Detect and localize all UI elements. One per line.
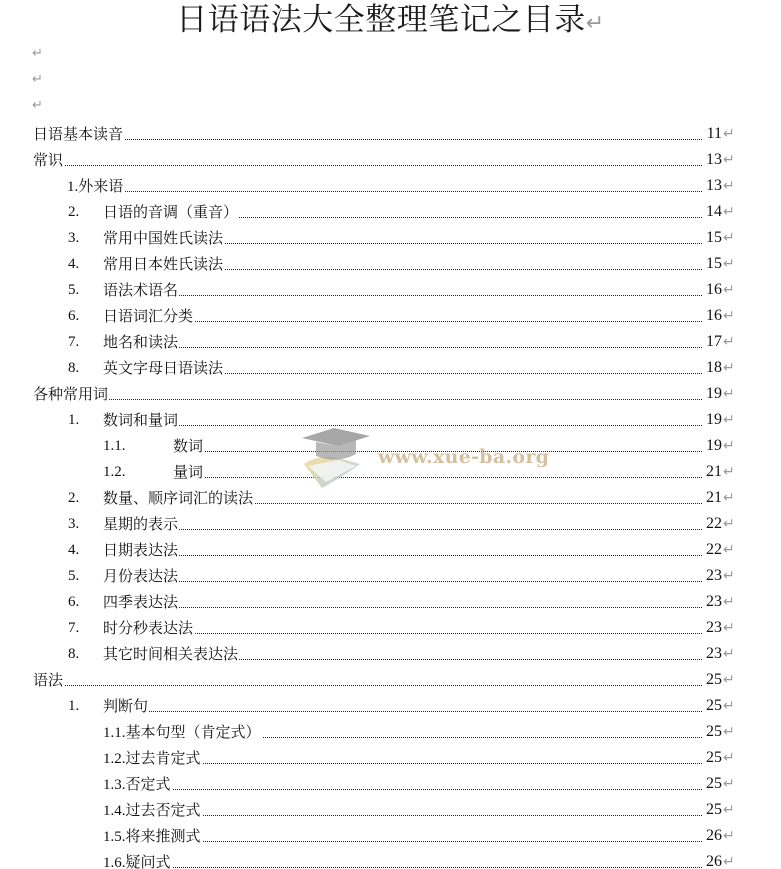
dot-leader	[103, 771, 720, 797]
paragraph-mark-icon: ↵	[723, 823, 735, 849]
toc-entry-text: 各种常用词	[33, 381, 109, 407]
toc-entry-title: 日语的音调（重音）	[103, 203, 238, 221]
page-number: 18	[706, 359, 722, 376]
dot-leader	[103, 563, 720, 589]
dot-leader	[103, 615, 720, 641]
toc-entry-number: 1.5.	[103, 829, 126, 845]
toc-entry-number: 1.6.	[103, 855, 126, 869]
toc-entry-page: 11	[703, 121, 722, 147]
toc-entry-page: 25	[702, 667, 722, 693]
dot-leader	[67, 173, 720, 199]
toc-entry-number: 5.	[68, 563, 79, 589]
toc-entry-page: 22	[702, 511, 722, 537]
paragraph-mark-icon: ↵	[723, 849, 735, 869]
toc-entry[interactable]: 1.判断句25↵	[0, 693, 781, 719]
page-number: 16	[706, 307, 722, 324]
toc-entry[interactable]: 常识13↵	[0, 147, 781, 173]
toc-entry-title: 日语基本读音	[33, 125, 123, 143]
toc-entry-title: 语法	[33, 671, 63, 689]
toc-entry-text: 1.6.疑问式	[103, 849, 172, 869]
toc-entry[interactable]: 语法25↵	[0, 667, 781, 693]
toc-entry-page: 21	[702, 485, 722, 511]
toc-entry-text: 语法	[33, 667, 64, 693]
paragraph-mark-icon: ↵	[723, 407, 735, 433]
paragraph-mark-icon: ↵	[723, 797, 735, 823]
toc-entry-page: 15	[702, 225, 722, 251]
toc-entry-title: 将来推测式	[126, 827, 201, 845]
toc-entry-title: 时分秒表达法	[103, 619, 193, 637]
toc-entry-title: 量词	[173, 463, 203, 481]
toc-entry-page: 25	[702, 693, 722, 719]
page-number: 16	[706, 281, 722, 298]
page-number: 23	[706, 619, 722, 636]
toc-entry-page: 25	[702, 797, 722, 823]
toc-entry-title: 语法术语名	[103, 281, 178, 299]
page-number: 23	[706, 567, 722, 584]
paragraph-mark-icon: ↵	[32, 98, 43, 113]
toc-entry-text: 四季表达法	[103, 589, 179, 615]
paragraph-mark-icon: ↵	[723, 381, 735, 407]
toc-entry[interactable]: 1.2.量词21↵	[0, 459, 781, 485]
toc-entry[interactable]: 3.常用中国姓氏读法15↵	[0, 225, 781, 251]
document-title: 日语语法大全整理笔记之目录↵	[0, 0, 781, 44]
toc-entry-text: 1.1.基本句型（肯定式）	[103, 719, 262, 746]
toc-entry-number: 1.	[68, 407, 79, 433]
paragraph-mark-icon: ↵	[723, 251, 735, 277]
paragraph-mark-icon: ↵	[723, 355, 735, 381]
paragraph-mark-icon: ↵	[586, 11, 605, 36]
paragraph-mark-icon: ↵	[723, 121, 735, 147]
toc-entry-title: 数词	[173, 437, 203, 455]
paragraph-mark-icon: ↵	[723, 303, 735, 329]
page-number: 25	[706, 749, 722, 766]
paragraph-mark-icon: ↵	[723, 745, 735, 771]
page-number: 21	[706, 489, 722, 506]
toc-entry-number: 4.	[68, 251, 79, 277]
empty-paragraph: ↵	[32, 72, 43, 88]
toc-entry-text: 日语的音调（重音）	[103, 199, 239, 225]
toc-entry-page: 25	[702, 745, 722, 771]
paragraph-mark-icon: ↵	[723, 511, 735, 537]
toc-entry-page: 26	[702, 823, 722, 849]
paragraph-mark-icon: ↵	[723, 485, 735, 511]
toc-entry-title: 常用日本姓氏读法	[103, 255, 223, 273]
dot-leader	[103, 329, 720, 355]
paragraph-mark-icon: ↵	[723, 641, 735, 667]
toc-entry-title: 日期表达法	[103, 541, 178, 559]
toc-entry-page: 23	[702, 589, 722, 615]
toc-entry[interactable]: 3.星期的表示22↵	[0, 511, 781, 537]
table-of-contents: 日语基本读音11↵常识13↵1.外来语13↵2.日语的音调（重音）14↵3.常用…	[0, 121, 781, 869]
toc-entry[interactable]: 5.语法术语名16↵	[0, 277, 781, 303]
toc-entry-page: 19	[702, 407, 722, 433]
toc-entry[interactable]: 8.英文字母日语读法18↵	[0, 355, 781, 381]
toc-entry[interactable]: 6.日语词汇分类16↵	[0, 303, 781, 329]
toc-entry-page: 19	[702, 381, 722, 407]
page-number: 22	[706, 541, 722, 558]
toc-entry-title: 常用中国姓氏读法	[103, 229, 223, 247]
toc-entry-text: 判断句	[103, 693, 149, 719]
toc-entry-title: 否定式	[126, 775, 171, 793]
toc-entry-text: 日语词汇分类	[103, 303, 194, 329]
toc-entry-number: 1.	[67, 179, 78, 195]
paragraph-mark-icon: ↵	[723, 537, 735, 563]
toc-entry-title: 过去否定式	[126, 801, 201, 819]
page-number: 11	[707, 125, 722, 142]
paragraph-mark-icon: ↵	[723, 615, 735, 641]
toc-entry[interactable]: 8.其它时间相关表达法23↵	[0, 641, 781, 667]
toc-entry[interactable]: 4.常用日本姓氏读法15↵	[0, 251, 781, 277]
toc-entry-page: 15	[702, 251, 722, 277]
toc-entry-page: 23	[702, 615, 722, 641]
toc-entry-title: 星期的表示	[103, 515, 178, 533]
toc-entry-page: 25	[702, 719, 722, 745]
toc-entry-text: 1.2.过去肯定式	[103, 745, 202, 772]
page-number: 25	[706, 697, 722, 714]
toc-entry-text: 常识	[33, 147, 64, 173]
toc-entry-number: 2.	[68, 485, 79, 511]
page-number: 19	[706, 385, 722, 402]
dot-leader	[173, 433, 720, 459]
page-number: 13	[706, 177, 722, 194]
dot-leader	[103, 537, 720, 563]
toc-entry-page: 21	[702, 459, 722, 485]
dot-leader	[103, 407, 720, 433]
dot-leader	[33, 381, 720, 407]
toc-entry[interactable]: 1.外来语13↵	[0, 173, 781, 199]
toc-entry[interactable]: 1.1.数词19↵	[0, 433, 781, 459]
empty-paragraph: ↵	[32, 98, 43, 114]
toc-entry-text: 星期的表示	[103, 511, 179, 537]
toc-entry-number: 1.	[68, 693, 79, 719]
toc-entry-title: 日语词汇分类	[103, 307, 193, 325]
page-number: 26	[706, 827, 722, 844]
toc-entry-title: 月份表达法	[103, 567, 178, 585]
dot-leader	[33, 121, 720, 147]
toc-entry-number: 1.2.	[103, 751, 126, 767]
toc-entry-text: 数量、顺序词汇的读法	[103, 485, 254, 511]
toc-entry-page: 25	[702, 771, 722, 797]
toc-entry-title: 四季表达法	[103, 593, 178, 611]
toc-entry-page: 16	[702, 277, 722, 303]
toc-entry-title: 基本句型（肯定式）	[126, 723, 261, 741]
empty-paragraph: ↵	[32, 46, 43, 62]
title-text: 日语语法大全整理笔记之目录	[176, 2, 586, 38]
toc-entry-number: 1.1.	[103, 433, 126, 459]
toc-entry[interactable]: 1.5.将来推测式26↵	[0, 823, 781, 849]
toc-entry-page: 22	[702, 537, 722, 563]
paragraph-mark-icon: ↵	[723, 563, 735, 589]
toc-entry[interactable]: 1.6.疑问式26↵	[0, 849, 781, 869]
toc-entry-page: 26	[702, 849, 722, 869]
toc-entry[interactable]: 1.3.否定式25↵	[0, 771, 781, 797]
toc-entry-number: 7.	[68, 329, 79, 355]
page-number: 25	[706, 801, 722, 818]
toc-entry-text: 语法术语名	[103, 277, 179, 303]
paragraph-mark-icon: ↵	[723, 329, 735, 355]
toc-entry[interactable]: 1.4.过去否定式25↵	[0, 797, 781, 823]
toc-entry-number: 3.	[68, 225, 79, 251]
toc-entry-title: 外来语	[78, 177, 123, 195]
toc-entry-text: 月份表达法	[103, 563, 179, 589]
toc-entry-title: 判断句	[103, 697, 148, 715]
toc-entry-page: 13	[702, 147, 722, 173]
toc-entry-number: 5.	[68, 277, 79, 303]
toc-entry-number: 3.	[68, 511, 79, 537]
toc-entry-title: 各种常用词	[33, 385, 108, 403]
paragraph-mark-icon: ↵	[723, 719, 735, 745]
page-number: 22	[706, 515, 722, 532]
toc-entry-page: 16	[702, 303, 722, 329]
toc-entry-number: 8.	[68, 641, 79, 667]
page-number: 26	[706, 853, 722, 869]
toc-entry-text: 日期表达法	[103, 537, 179, 563]
dot-leader	[103, 303, 720, 329]
page-number: 19	[706, 437, 722, 454]
dot-leader	[103, 511, 720, 537]
toc-entry-text: 时分秒表达法	[103, 615, 194, 641]
page-number: 13	[706, 151, 722, 168]
page-number: 19	[706, 411, 722, 428]
dot-leader	[103, 693, 720, 719]
toc-entry-number: 6.	[68, 303, 79, 329]
toc-entry[interactable]: 7.地名和读法17↵	[0, 329, 781, 355]
dot-leader	[173, 459, 720, 485]
toc-entry-text: 地名和读法	[103, 329, 179, 355]
toc-entry-title: 英文字母日语读法	[103, 359, 223, 377]
page-number: 15	[706, 229, 722, 246]
toc-entry[interactable]: 日语基本读音11↵	[0, 121, 781, 147]
toc-entry[interactable]: 1.2.过去肯定式25↵	[0, 745, 781, 771]
toc-entry[interactable]: 1.1.基本句型（肯定式）25↵	[0, 719, 781, 745]
toc-entry-title: 数词和量词	[103, 411, 178, 429]
toc-entry-page: 17	[702, 329, 722, 355]
toc-entry-page: 19	[702, 433, 722, 459]
toc-entry-page: 13	[702, 173, 722, 199]
toc-entry-page: 23	[702, 563, 722, 589]
toc-entry-title: 疑问式	[126, 853, 171, 869]
paragraph-mark-icon: ↵	[723, 225, 735, 251]
page-number: 21	[706, 463, 722, 480]
toc-entry-number: 1.1.	[103, 725, 126, 741]
toc-entry-title: 过去肯定式	[126, 749, 201, 767]
toc-entry-text: 1.5.将来推测式	[103, 823, 202, 850]
toc-entry[interactable]: 2.数量、顺序词汇的读法21↵	[0, 485, 781, 511]
toc-entry[interactable]: 1.数词和量词19↵	[0, 407, 781, 433]
toc-entry-page: 18	[702, 355, 722, 381]
paragraph-mark-icon: ↵	[723, 771, 735, 797]
toc-entry-number: 1.4.	[103, 803, 126, 819]
toc-entry-text: 数词和量词	[103, 407, 179, 433]
toc-entry-text: 数词	[173, 433, 204, 459]
paragraph-mark-icon: ↵	[723, 277, 735, 303]
dot-leader	[33, 667, 720, 693]
toc-entry-text: 其它时间相关表达法	[103, 641, 239, 667]
paragraph-mark-icon: ↵	[32, 46, 43, 61]
dot-leader	[103, 589, 720, 615]
toc-entry-text: 日语基本读音	[33, 121, 124, 147]
toc-entry-number: 1.2.	[103, 459, 126, 485]
paragraph-mark-icon: ↵	[32, 72, 43, 87]
toc-entry[interactable]: 5.月份表达法23↵	[0, 563, 781, 589]
paragraph-mark-icon: ↵	[723, 667, 735, 693]
page-number: 23	[706, 593, 722, 610]
dot-leader	[103, 849, 720, 869]
paragraph-mark-icon: ↵	[723, 459, 735, 485]
paragraph-mark-icon: ↵	[723, 693, 735, 719]
toc-entry-text: 常用日本姓氏读法	[103, 251, 224, 277]
toc-entry-page: 23	[702, 641, 722, 667]
toc-entry-title: 地名和读法	[103, 333, 178, 351]
toc-entry-title: 数量、顺序词汇的读法	[103, 489, 253, 507]
toc-entry-text: 英文字母日语读法	[103, 355, 224, 381]
page-number: 14	[706, 203, 722, 220]
page-number: 25	[706, 671, 722, 688]
paragraph-mark-icon: ↵	[723, 147, 735, 173]
toc-entry[interactable]: 7.时分秒表达法23↵	[0, 615, 781, 641]
toc-entry-title: 其它时间相关表达法	[103, 645, 238, 663]
toc-entry[interactable]: 6.四季表达法23↵	[0, 589, 781, 615]
paragraph-mark-icon: ↵	[723, 173, 735, 199]
page-number: 25	[706, 723, 722, 740]
toc-entry-number: 1.3.	[103, 777, 126, 793]
toc-entry-text: 1.3.否定式	[103, 771, 172, 798]
toc-entry-number: 4.	[68, 537, 79, 563]
paragraph-mark-icon: ↵	[723, 199, 735, 225]
toc-entry-text: 1.外来语	[67, 173, 124, 200]
dot-leader	[103, 277, 720, 303]
toc-entry-text: 常用中国姓氏读法	[103, 225, 224, 251]
toc-entry-text: 1.4.过去否定式	[103, 797, 202, 824]
toc-entry-page: 14	[702, 199, 722, 225]
toc-entry-number: 2.	[68, 199, 79, 225]
page-number: 23	[706, 645, 722, 662]
dot-leader	[33, 147, 720, 173]
page-number: 17	[706, 333, 722, 350]
toc-entry[interactable]: 2.日语的音调（重音）14↵	[0, 199, 781, 225]
toc-entry-text: 量词	[173, 459, 204, 485]
page-number: 25	[706, 775, 722, 792]
toc-entry-title: 常识	[33, 151, 63, 169]
toc-entry[interactable]: 4.日期表达法22↵	[0, 537, 781, 563]
page-number: 15	[706, 255, 722, 272]
paragraph-mark-icon: ↵	[723, 433, 735, 459]
toc-entry-number: 6.	[68, 589, 79, 615]
toc-entry-number: 8.	[68, 355, 79, 381]
toc-entry-number: 7.	[68, 615, 79, 641]
paragraph-mark-icon: ↵	[723, 589, 735, 615]
toc-entry[interactable]: 各种常用词19↵	[0, 381, 781, 407]
